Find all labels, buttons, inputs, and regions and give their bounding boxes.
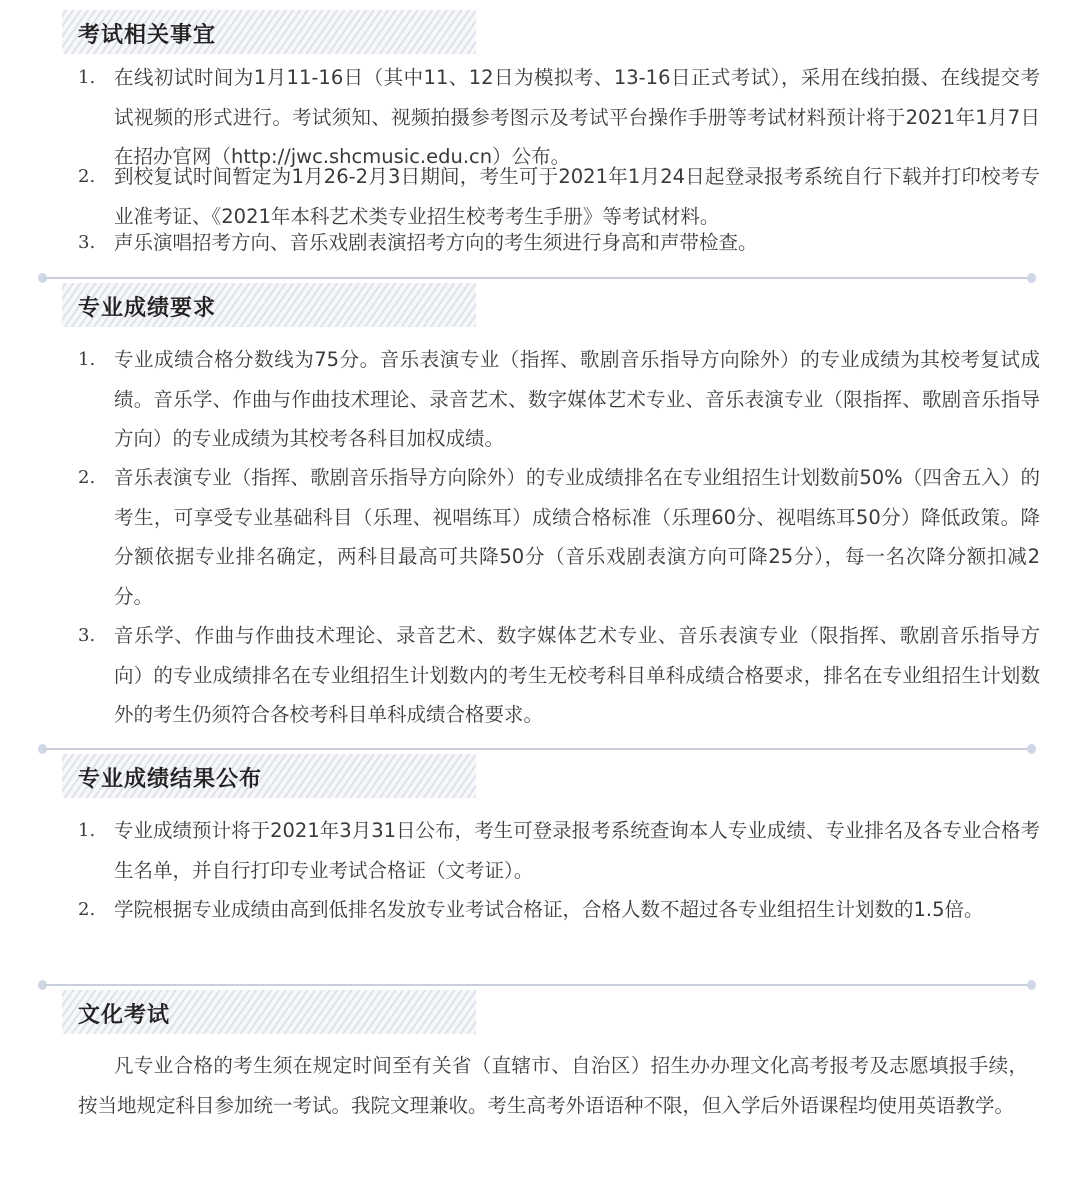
- list-text: 专业成绩预计将于2021年3月31日公布，考生可登录报考系统查询本人专业成绩、专…: [114, 811, 1040, 890]
- list-text: 专业成绩合格分数线为75分。音乐表演专业（指挥、歌剧音乐指导方向除外）的专业成绩…: [114, 340, 1040, 459]
- list-number: 1.: [78, 811, 95, 851]
- divider-line: [44, 277, 1030, 279]
- list-text: 音乐学、作曲与作曲技术理论、录音艺术、数字媒体艺术专业、音乐表演专业（限指挥、歌…: [114, 616, 1040, 735]
- section-title: 考试相关事宜: [78, 18, 216, 49]
- section-title: 专业成绩结果公布: [78, 762, 262, 793]
- section-heading-exam-matters: 考试相关事宜: [62, 10, 476, 54]
- list-number: 2.: [78, 157, 95, 197]
- cultural-exam-paragraph: 凡专业合格的考生须在规定时间至有关省（直辖市、自治区）招生办办理文化高考报考及志…: [78, 1046, 1028, 1125]
- list-number: 1.: [78, 340, 95, 380]
- section-heading-score-requirements: 专业成绩要求: [62, 283, 476, 327]
- list-text: 声乐演唱招考方向、音乐戏剧表演招考方向的考生须进行身高和声带检查。: [114, 223, 1040, 263]
- list-item: 2. 音乐表演专业（指挥、歌剧音乐指导方向除外）的专业成绩排名在专业组招生计划数…: [78, 458, 1040, 616]
- section-heading-score-results: 专业成绩结果公布: [62, 754, 476, 798]
- list-item: 1. 专业成绩预计将于2021年3月31日公布，考生可登录报考系统查询本人专业成…: [78, 811, 1040, 890]
- section-heading-cultural-exam: 文化考试: [62, 990, 476, 1034]
- list-text: 学院根据专业成绩由高到低排名发放专业考试合格证，合格人数不超过各专业组招生计划数…: [114, 890, 1040, 930]
- divider-line: [44, 984, 1030, 986]
- list-item: 3. 声乐演唱招考方向、音乐戏剧表演招考方向的考生须进行身高和声带检查。: [78, 223, 1040, 263]
- list-item: 2. 学院根据专业成绩由高到低排名发放专业考试合格证，合格人数不超过各专业组招生…: [78, 890, 1040, 930]
- list-item: 3. 音乐学、作曲与作曲技术理论、录音艺术、数字媒体艺术专业、音乐表演专业（限指…: [78, 616, 1040, 735]
- section-title: 专业成绩要求: [78, 291, 216, 322]
- list-number: 2.: [78, 890, 95, 930]
- list-number: 1.: [78, 58, 95, 98]
- list-item: 1. 专业成绩合格分数线为75分。音乐表演专业（指挥、歌剧音乐指导方向除外）的专…: [78, 340, 1040, 459]
- divider-dot-icon: [1027, 980, 1036, 990]
- section-title: 文化考试: [78, 998, 170, 1029]
- list-number: 3.: [78, 223, 95, 263]
- divider-dot-icon: [1027, 744, 1036, 754]
- list-number: 2.: [78, 458, 95, 498]
- list-number: 3.: [78, 616, 95, 656]
- divider-dot-icon: [1027, 273, 1036, 283]
- list-text: 音乐表演专业（指挥、歌剧音乐指导方向除外）的专业成绩排名在专业组招生计划数前50…: [114, 458, 1040, 616]
- divider-line: [44, 748, 1030, 750]
